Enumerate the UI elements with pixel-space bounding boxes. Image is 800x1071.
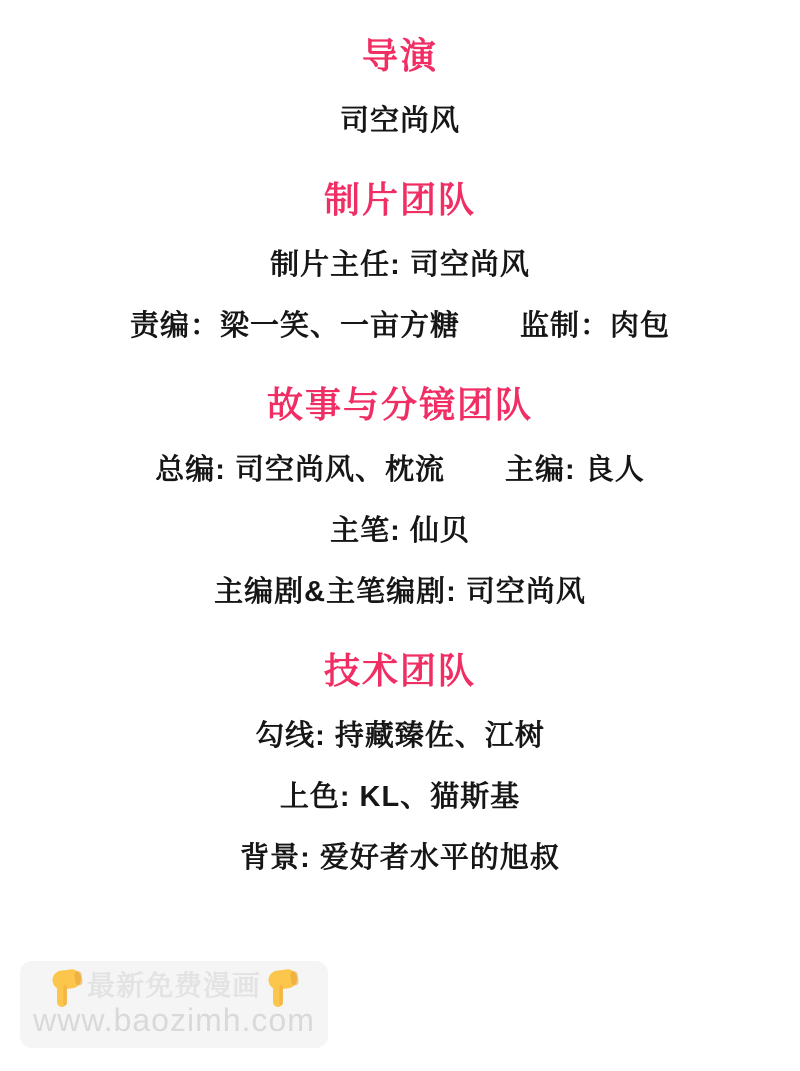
credit-line-coloring: 上色: KL、猫斯基	[0, 783, 800, 812]
section-title-director: 导演	[0, 38, 800, 74]
credit-line-lead-artist: 主笔: 仙贝	[0, 517, 800, 546]
credit-line-production-chief: 制片主任: 司空尚风	[0, 251, 800, 280]
section-title-story-storyboard-team: 故事与分镜团队	[0, 387, 800, 423]
credit-line-director-name: 司空尚风	[0, 107, 800, 136]
credits-page: 导演 司空尚风 制片团队 制片主任: 司空尚风 责编：梁一笑、一亩方糖 监制：肉…	[0, 0, 800, 873]
section-title-technical-team: 技术团队	[0, 653, 800, 689]
section-title-production-team: 制片团队	[0, 182, 800, 218]
credit-line-backgrounds: 背景: 爱好者水平的旭叔	[0, 844, 800, 873]
watermark-banner-row: 最新免费漫画	[20, 961, 328, 1003]
credit-line-editors-supervisor: 责编：梁一笑、一亩方糖 监制：肉包	[0, 312, 800, 341]
watermark-banner-text: 最新免费漫画	[87, 967, 261, 1005]
watermark-badge: 最新免费漫画 www.baozimh.com	[20, 961, 328, 1048]
credit-line-chief-editors: 总编: 司空尚风、枕流 主编: 良人	[0, 456, 800, 485]
credit-line-lead-writer: 主编剧&主笔编剧: 司空尚风	[0, 578, 800, 607]
credit-line-lineart: 勾线: 持藏臻佐、江树	[0, 722, 800, 751]
watermark-url-text: www.baozimh.com	[20, 1003, 328, 1037]
